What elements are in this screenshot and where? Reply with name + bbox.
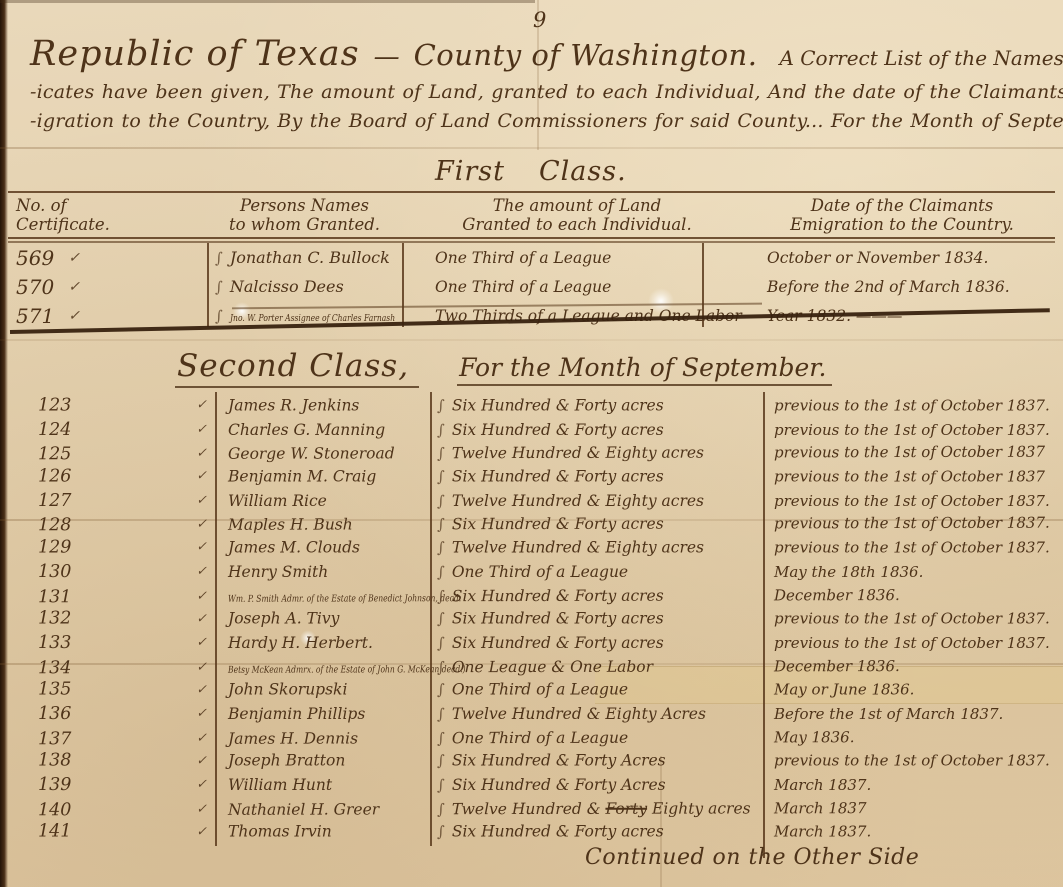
land-amount-cell: ∫Six Hundred & Forty acres (430, 396, 765, 414)
land-amount-cell: ∫Six Hundred & Forty acres (430, 421, 765, 439)
emigration-date: May 1836. (774, 728, 855, 746)
grantee-name: Joseph Bratton (228, 752, 345, 770)
land-amount: Twelve Hundred & Eighty acres (452, 444, 704, 463)
land-amount-cell: ∫Six Hundred & Forty acres (430, 515, 765, 534)
emigration-date: Before the 2nd of March 1836. (767, 278, 1010, 296)
land-amount-cell: ∫Six Hundred & Forty Acres (430, 752, 765, 770)
column-header-names-line2: to whom Granted. (207, 215, 402, 234)
grantee-name-cell: William Hunt (215, 776, 430, 794)
emigration-date: March 1837. (774, 776, 871, 794)
column-header-names: Persons Names to whom Granted. (207, 196, 402, 234)
column-divider (207, 243, 209, 327)
emigration-date: October or November 1834. (767, 249, 988, 267)
emigration-date: previous to the 1st of October 1837. (774, 514, 1050, 533)
flourish-mark: ∫ (437, 467, 445, 485)
grantee-name: James R. Jenkins (228, 396, 359, 414)
certificate-number-cell: 132 ✓ (0, 609, 215, 629)
emigration-date-cell: March 1837. (765, 823, 1063, 841)
grantee-name: James M. Clouds (228, 538, 360, 556)
land-amount: Six Hundred & Forty acres (452, 586, 664, 605)
column-header-names-line1: Persons Names (240, 196, 369, 215)
grantee-name: John Skorupski (228, 681, 347, 699)
certificate-number-cell: 136 ✓ (0, 704, 215, 724)
emigration-date-cell: March 1837 (765, 798, 1063, 817)
second-class-heading: Second Class, For the Month of September… (175, 348, 832, 388)
table-rule (8, 191, 1055, 193)
check-mark: ✓ (196, 518, 207, 533)
fold-crease (0, 147, 1063, 149)
certificate-number: 141 (38, 822, 71, 842)
certificate-number: 129 (38, 537, 71, 557)
grantee-name: William Hunt (228, 776, 332, 794)
check-mark: ✓ (196, 706, 207, 721)
land-amount-cell: ∫Six Hundred & Forty acres (430, 610, 765, 628)
grantee-name-cell: Benjamin M. Craig (215, 467, 430, 485)
certificate-number-cell: 135 ✓ (0, 680, 215, 700)
grantee-name-cell: Thomas Irvin (215, 823, 430, 841)
document-title: Republic of Texas — County of Washington… (30, 34, 1052, 132)
grantee-name: Benjamin M. Craig (228, 467, 376, 485)
check-mark: ✓ (196, 824, 207, 839)
certificate-number: 137 (38, 729, 71, 749)
emigration-date: previous to the 1st of October 1837. (774, 610, 1050, 628)
emigration-date: previous to the 1st of October 1837. (774, 634, 1050, 652)
certificate-number-cell: 141 ✓ (0, 822, 215, 842)
table-row: 129 ✓ James M. Clouds ∫Twelve Hundred & … (0, 536, 1063, 560)
certificate-number: 134 (38, 658, 71, 678)
certificate-number-cell: 138 ✓ (0, 751, 215, 771)
land-amount-cell: ∫Twelve Hundred & Eighty acres (430, 444, 765, 463)
land-amount-cell: ∫Six Hundred & Forty acres (430, 634, 765, 652)
flourish-mark: ∫ (437, 587, 445, 605)
land-amount: One League & One Labor (452, 657, 653, 676)
check-mark: ✓ (196, 635, 207, 650)
first-class-rows: 569 ✓ ∫Jonathan C. Bullock One Third of … (0, 243, 1063, 330)
table-row: 127 ✓ William Rice ∫Twelve Hundred & Eig… (0, 489, 1063, 513)
grantee-name: Maples H. Bush (228, 516, 353, 534)
emigration-date-cell: previous to the 1st of October 1837. (765, 421, 1063, 439)
grantee-name-cell: Joseph A. Tivy (215, 610, 430, 628)
emigration-date-cell: previous to the 1st of October 1837. (765, 538, 1063, 556)
column-divider (215, 392, 217, 846)
emigration-date-cell: May or June 1836. (765, 681, 1063, 699)
emigration-date-cell: Before the 1st of March 1837. (765, 705, 1063, 723)
title-line3: -igration to the Country, By the Board o… (30, 110, 1052, 132)
flourish-mark: ∫ (437, 752, 445, 770)
flourish-mark: ∫ (437, 492, 445, 510)
emigration-date-cell: previous to the 1st of October 1837. (765, 752, 1063, 770)
land-amount-cell: ∫One League & One Labor (430, 657, 765, 676)
grantee-name: Nalcisso Dees (230, 277, 344, 296)
check-mark: ✓ (196, 589, 207, 604)
grantee-name: Henry Smith (228, 563, 328, 581)
land-amount: One Third of a League (435, 249, 611, 267)
table-row: 570 ✓ ∫Nalcisso Dees One Third of a Leag… (0, 272, 1063, 301)
flourish-mark: ∫ (437, 800, 445, 818)
grantee-name: Thomas Irvin (228, 823, 332, 841)
table-row: 128 ✓ Maples H. Bush ∫Six Hundred & Fort… (0, 511, 1063, 537)
check-mark: ✓ (68, 279, 80, 295)
emigration-date-cell: previous to the 1st of October 1837. (765, 492, 1063, 510)
grantee-name-cell: ∫Nalcisso Dees (207, 277, 402, 296)
scan-edge-top (0, 0, 535, 3)
certificate-number: 126 (38, 466, 71, 486)
grantee-name-cell: Betsy McKean Admrx. of the Estate of Joh… (215, 658, 430, 677)
certificate-number-cell: 127 ✓ (0, 491, 215, 511)
flourish-mark: ∫ (437, 516, 445, 534)
land-amount-cell: ∫Twelve Hundred & Eighty Acres (430, 705, 765, 723)
emigration-date: previous to the 1st of October 1837 (774, 467, 1045, 485)
check-mark: ✓ (196, 564, 207, 579)
land-amount: One Third of a League (452, 563, 628, 581)
emigration-date-cell: December 1836. (765, 585, 1063, 604)
grantee-name-cell: James M. Clouds (215, 538, 430, 556)
land-amount-cell: ∫Twelve Hundred & Eighty acres (430, 492, 765, 510)
land-amount: Twelve Hundred & Eighty Acres (452, 705, 706, 723)
check-mark: ✓ (196, 731, 207, 746)
first-class-heading: First Class. (435, 156, 627, 187)
emigration-date: December 1836. (774, 585, 900, 603)
title-correct-list: A Correct List of the Names to whom Cert… (779, 46, 1063, 70)
check-mark: ✓ (196, 422, 207, 437)
land-amount: Six Hundred & Forty acres (452, 421, 664, 439)
grantee-name: Joseph A. Tivy (228, 610, 339, 628)
grantee-name-cell: Hardy H. Herbert. (215, 634, 430, 652)
flourish-mark: ∫ (437, 658, 445, 676)
certificate-number: 138 (38, 751, 71, 771)
emigration-date-cell: Before the 2nd of March 1836. (755, 278, 1063, 296)
table-row: 136 ✓ Benjamin Phillips ∫Twelve Hundred … (0, 702, 1063, 726)
check-mark: ✓ (196, 802, 207, 817)
check-mark: ✓ (196, 777, 207, 792)
certificate-number: 131 (38, 587, 71, 607)
emigration-date: previous to the 1st of October 1837. (774, 538, 1050, 556)
grantee-name-cell: James H. Dennis (215, 729, 430, 748)
grantee-name-cell: Benjamin Phillips (215, 705, 430, 723)
land-amount: Twelve Hundred & Eighty acres (452, 538, 704, 556)
certificate-number: 136 (38, 704, 71, 724)
second-class-heading-part1: Second Class, (175, 348, 419, 388)
grantee-name-cell: Wm. P. Smith Admr. of the Estate of Bene… (215, 587, 430, 606)
column-divider (402, 243, 404, 327)
certificate-number: 132 (38, 609, 71, 629)
emigration-date-cell: March 1837. (765, 776, 1063, 794)
flourish-mark: ∫ (215, 307, 223, 325)
flourish-mark: ∫ (437, 634, 445, 652)
flourish-mark: ∫ (437, 563, 445, 581)
check-mark: ✓ (196, 447, 207, 462)
table-row: 132 ✓ Joseph A. Tivy ∫Six Hundred & Fort… (0, 607, 1063, 631)
certificate-number-cell: 124 ✓ (0, 420, 215, 440)
land-amount-cell: ∫Twelve Hundred & Forty Eighty acres (430, 799, 765, 818)
certificate-number-cell: 131 ✓ (0, 586, 215, 607)
column-divider (702, 243, 704, 327)
certificate-number-cell: 133 ✓ (0, 633, 215, 653)
land-amount: Six Hundred & Forty acres (452, 467, 664, 485)
land-amount: Six Hundred & Forty Acres (452, 776, 666, 794)
check-mark: ✓ (196, 540, 207, 555)
grantee-name: James H. Dennis (228, 729, 358, 747)
certificate-number-cell: 139 ✓ (0, 775, 215, 795)
check-mark: ✓ (196, 753, 207, 768)
grantee-name-cell: Nathaniel H. Greer (215, 800, 430, 819)
page-number: 9 (533, 8, 546, 32)
check-mark: ✓ (196, 469, 207, 484)
emigration-date-cell: previous to the 1st of October 1837. (765, 396, 1063, 414)
certificate-number-cell: 123 ✓ (0, 395, 215, 415)
table-row: 139 ✓ William Hunt ∫Six Hundred & Forty … (0, 773, 1063, 797)
second-class-heading-part2: For the Month of September. (457, 353, 832, 386)
emigration-date: previous to the 1st of October 1837 (774, 443, 1045, 462)
manuscript-page: 9 Republic of Texas — County of Washingt… (0, 0, 1063, 887)
emigration-date-cell: May 1836. (765, 727, 1063, 746)
table-row: 124 ✓ Charles G. Manning ∫Six Hundred & … (0, 418, 1063, 442)
certificate-number: 133 (38, 633, 71, 653)
emigration-date: previous to the 1st of October 1837. (774, 421, 1050, 439)
emigration-date: December 1836. (774, 656, 900, 674)
emigration-date-cell: previous to the 1st of October 1837. (765, 514, 1063, 533)
column-header-certificate-line1: No. of (16, 196, 67, 215)
emigration-date: May the 18th 1836. (774, 563, 923, 581)
column-header-date-line2: Emigration to the Country. (752, 215, 1052, 234)
grantee-name-cell: ∫Jonathan C. Bullock (207, 248, 402, 267)
emigration-date: Before the 1st of March 1837. (774, 705, 1003, 723)
certificate-number: 569 (16, 246, 54, 270)
grantee-name: Wm. P. Smith Admr. of the Estate of Bene… (228, 593, 461, 605)
certificate-number: 140 (38, 800, 71, 820)
check-mark: ✓ (196, 611, 207, 626)
land-amount: Twelve Hundred & Forty Eighty acres (452, 799, 751, 818)
grantee-name: Benjamin Phillips (228, 705, 365, 723)
emigration-date: previous to the 1st of October 1837. (774, 492, 1050, 510)
table-row: 137 ✓ James H. Dennis ∫One Third of a Le… (0, 724, 1063, 750)
check-mark: ✓ (68, 250, 80, 266)
column-header-date-line1: Date of the Claimants (811, 196, 993, 215)
grantee-name: Nathaniel H. Greer (228, 800, 379, 818)
title-dash: — (374, 42, 400, 72)
certificate-number-cell: 570 ✓ (0, 275, 207, 299)
flourish-mark: ∫ (437, 776, 445, 794)
check-mark: ✓ (196, 660, 207, 675)
column-header-amount: The amount of Land Granted to each Indiv… (402, 196, 752, 234)
first-class-heading-word1: First (435, 156, 505, 187)
emigration-date: previous to the 1st of October 1837. (774, 396, 1050, 414)
grantee-name-cell: James R. Jenkins (215, 396, 430, 414)
certificate-number: 139 (38, 775, 71, 795)
grantee-name-cell: John Skorupski (215, 681, 430, 699)
emigration-date-cell: previous to the 1st of October 1837 (765, 443, 1063, 462)
land-amount: Twelve Hundred & Eighty acres (452, 492, 704, 510)
flourish-mark: ∫ (437, 396, 445, 414)
land-amount-cell: ∫Six Hundred & Forty acres (430, 467, 765, 485)
table-row: 138 ✓ Joseph Bratton ∫Six Hundred & Fort… (0, 749, 1063, 773)
flourish-mark: ∫ (437, 421, 445, 439)
flourish-mark: ∫ (437, 681, 445, 699)
flourish-mark: ∫ (437, 444, 445, 462)
column-divider (763, 392, 765, 858)
check-mark: ✓ (196, 682, 207, 697)
land-amount: One Third of a League (452, 681, 628, 699)
table-row: 126 ✓ Benjamin M. Craig ∫Six Hundred & F… (0, 465, 1063, 489)
table-row: 140 ✓ Nathaniel H. Greer ∫Twelve Hundred… (0, 795, 1063, 821)
title-line1: Republic of Texas — County of Washington… (30, 34, 1052, 74)
table-row: 125 ✓ George W. Stoneroad ∫Twelve Hundre… (0, 440, 1063, 466)
emigration-date-cell: previous to the 1st of October 1837. (765, 610, 1063, 628)
table-row: 131 ✓ Wm. P. Smith Admr. of the Estate o… (0, 582, 1063, 608)
certificate-number: 571 (16, 304, 54, 328)
grantee-name: Hardy H. Herbert. (228, 634, 373, 652)
certificate-number: 125 (38, 444, 71, 464)
emigration-date-cell: October or November 1834. (755, 249, 1063, 267)
table-row: 133 ✓ Hardy H. Herbert. ∫Six Hundred & F… (0, 631, 1063, 655)
grantee-name: William Rice (228, 492, 327, 510)
land-amount-cell: ∫Six Hundred & Forty acres (430, 586, 765, 605)
title-county-of-washington: County of Washington. (414, 38, 758, 72)
certificate-number-cell: 129 ✓ (0, 537, 215, 557)
grantee-name-cell: Joseph Bratton (215, 752, 430, 770)
flourish-mark: ∫ (215, 249, 223, 267)
column-divider (430, 392, 432, 846)
title-line2: -icates have been given, The amount of L… (30, 81, 1052, 103)
continued-note: Continued on the Other Side (585, 845, 919, 870)
fold-crease (0, 339, 1063, 341)
certificate-number: 570 (16, 275, 54, 299)
grantee-name-cell: Maples H. Bush (215, 516, 430, 535)
table-row: 123 ✓ James R. Jenkins ∫Six Hundred & Fo… (0, 394, 1063, 418)
certificate-number: 130 (38, 562, 71, 582)
flourish-mark: ∫ (215, 278, 223, 296)
certificate-number-cell: 130 ✓ (0, 562, 215, 582)
land-amount-cell: ∫Six Hundred & Forty Acres (430, 776, 765, 794)
emigration-date-cell: previous to the 1st of October 1837 (765, 467, 1063, 485)
column-header-amount-line1: The amount of Land (493, 196, 661, 215)
table-row: 130 ✓ Henry Smith ∫One Third of a League… (0, 560, 1063, 584)
column-header-certificate-line2: Certificate. (16, 215, 201, 234)
emigration-date-cell: May the 18th 1836. (765, 563, 1063, 581)
flourish-mark: ∫ (437, 729, 445, 747)
certificate-number-cell: 571 ✓ (0, 304, 207, 328)
certificate-number: 135 (38, 680, 71, 700)
grantee-name: George W. Stoneroad (228, 445, 395, 463)
certificate-number: 123 (38, 395, 71, 415)
land-amount-cell: ∫One Third of a League (430, 681, 765, 699)
certificate-number-cell: 134 ✓ (0, 657, 215, 678)
certificate-number: 128 (38, 515, 71, 535)
table-rule (8, 237, 1055, 239)
certificate-number-cell: 126 ✓ (0, 466, 215, 486)
check-mark: ✓ (196, 493, 207, 508)
land-amount: Six Hundred & Forty acres (452, 610, 664, 628)
certificate-number-cell: 128 ✓ (0, 515, 215, 536)
certificate-number-cell: 140 ✓ (0, 799, 215, 820)
emigration-date: March 1837 (774, 799, 867, 817)
emigration-date: March 1837. (774, 823, 871, 841)
grantee-name-cell: William Rice (215, 492, 430, 510)
check-mark: ✓ (68, 308, 80, 324)
certificate-number: 127 (38, 491, 71, 511)
grantee-name: Jonathan C. Bullock (230, 248, 390, 267)
certificate-number-cell: 125 ✓ (0, 444, 215, 465)
table-row: 135 ✓ John Skorupski ∫One Third of a Lea… (0, 678, 1063, 702)
column-header-date: Date of the Claimants Emigration to the … (752, 196, 1052, 234)
flourish-mark: ∫ (437, 538, 445, 556)
certificate-number-cell: 569 ✓ (0, 246, 207, 270)
table-row: 134 ✓ Betsy McKean Admrx. of the Estate … (0, 653, 1063, 679)
flourish-mark: ∫ (437, 705, 445, 723)
land-amount: Six Hundred & Forty acres (452, 634, 664, 652)
flourish-mark: ∫ (437, 610, 445, 628)
land-amount: Six Hundred & Forty acres (452, 396, 664, 414)
certificate-number-cell: 137 ✓ (0, 728, 215, 749)
land-amount: One Third of a League (452, 728, 628, 746)
land-amount: Six Hundred & Forty acres (452, 823, 664, 841)
certificate-number: 124 (38, 420, 71, 440)
title-republic-of-texas: Republic of Texas (30, 34, 360, 74)
land-amount-cell: ∫Twelve Hundred & Eighty acres (430, 538, 765, 556)
grantee-name-cell: Henry Smith (215, 563, 430, 581)
land-amount-cell: ∫Six Hundred & Forty acres (430, 823, 765, 841)
second-class-rows: 123 ✓ James R. Jenkins ∫Six Hundred & Fo… (0, 394, 1063, 844)
check-mark: ✓ (196, 398, 207, 413)
table-row: 141 ✓ Thomas Irvin ∫Six Hundred & Forty … (0, 820, 1063, 844)
land-amount: One Third of a League (435, 278, 611, 296)
grantee-name-cell: Charles G. Manning (215, 421, 430, 439)
table-row: 569 ✓ ∫Jonathan C. Bullock One Third of … (0, 243, 1063, 272)
flourish-mark: ∫ (437, 823, 445, 841)
land-amount-cell: ∫One Third of a League (430, 728, 765, 747)
column-header-certificate: No. of Certificate. (16, 196, 201, 234)
column-header-amount-line2: Granted to each Individual. (402, 215, 752, 234)
land-amount-cell: ∫One Third of a League (430, 563, 765, 581)
grantee-name-cell: George W. Stoneroad (215, 444, 430, 463)
grantee-name: Charles G. Manning (228, 421, 385, 439)
emigration-date-cell: previous to the 1st of October 1837. (765, 634, 1063, 652)
emigration-date-cell: December 1836. (765, 656, 1063, 675)
first-class-heading-word2: Class. (539, 156, 627, 187)
emigration-date: previous to the 1st of October 1837. (774, 752, 1050, 770)
land-amount: Six Hundred & Forty Acres (452, 752, 666, 770)
land-amount: Six Hundred & Forty acres (452, 515, 664, 534)
emigration-date: May or June 1836. (774, 681, 914, 699)
